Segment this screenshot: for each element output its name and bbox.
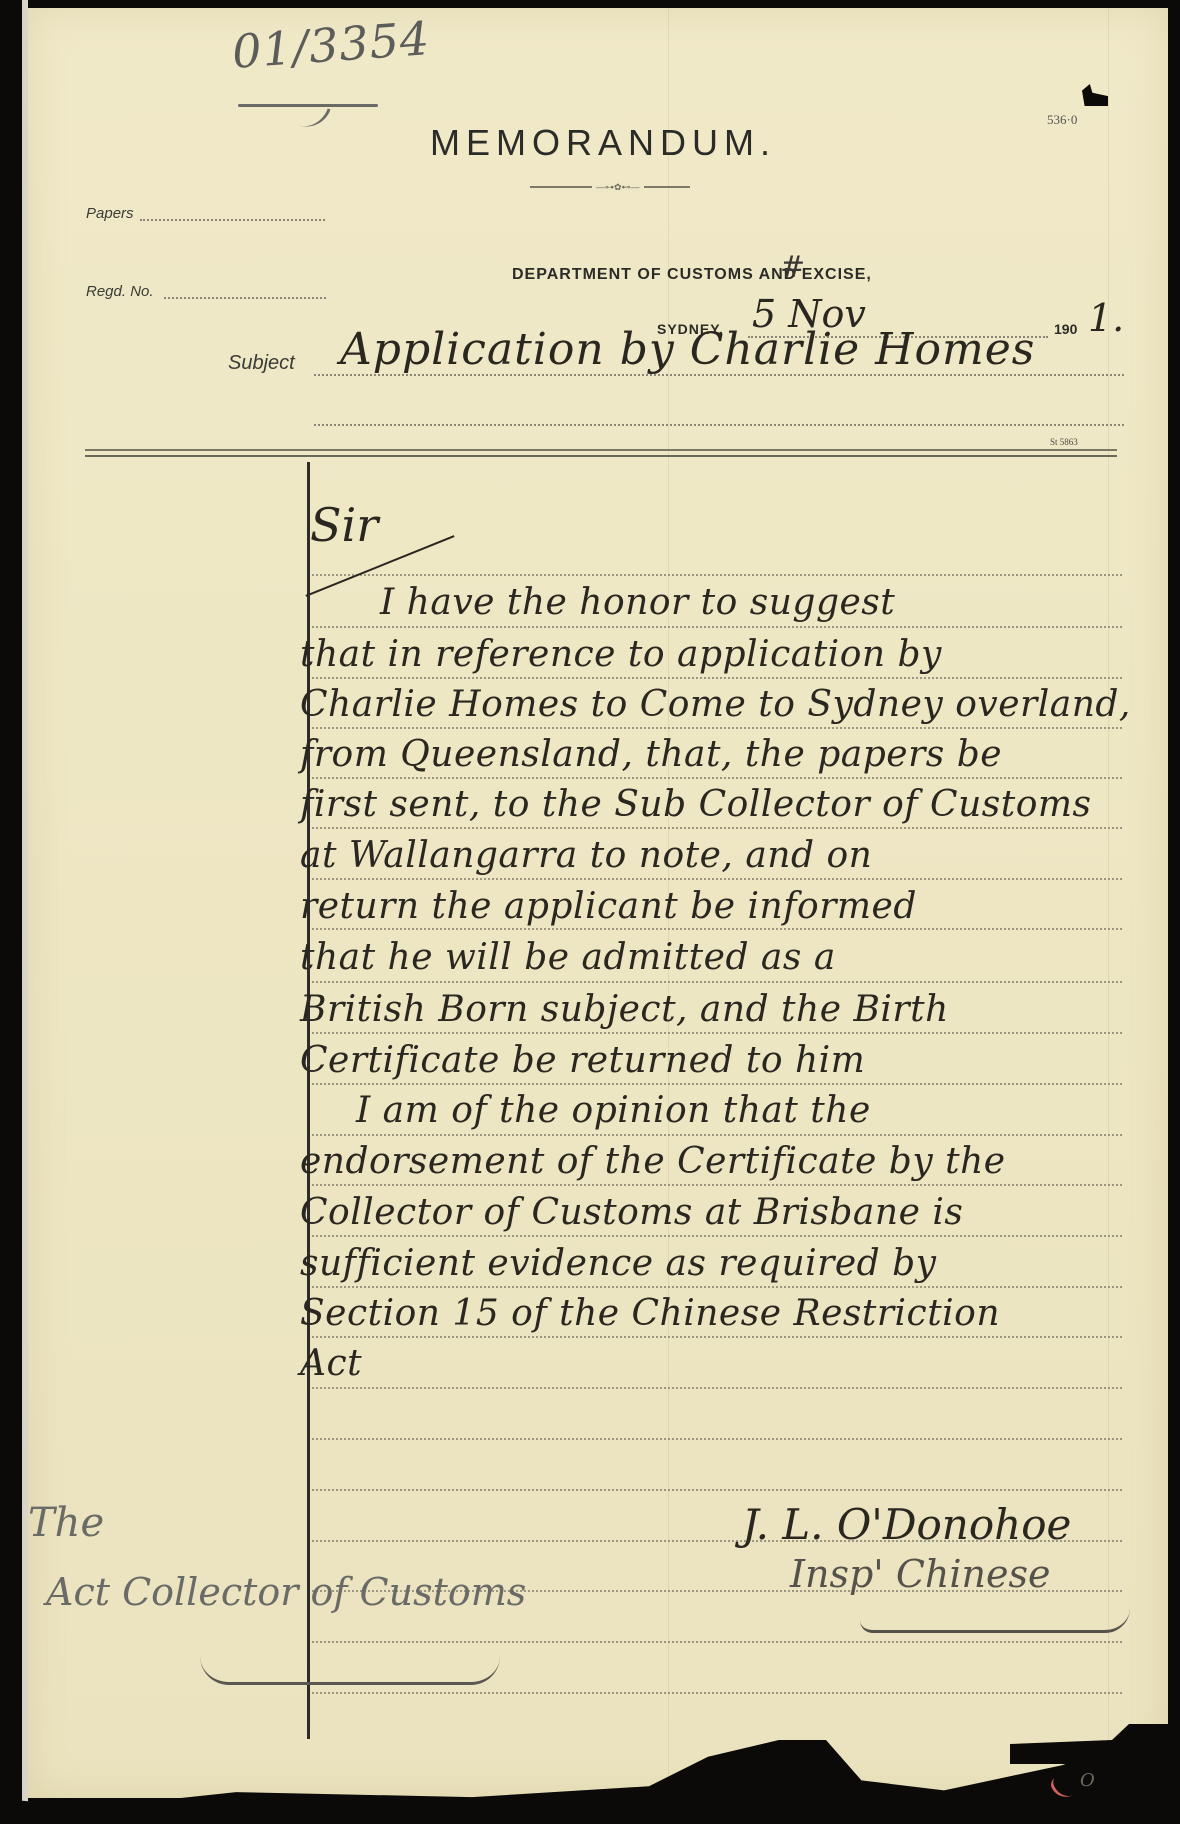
- ruled-line: [312, 777, 1122, 779]
- body-line: Section 15 of the Chinese Restriction: [300, 1293, 1000, 1334]
- addressee-flourish: [200, 1656, 500, 1685]
- ruled-line: [312, 928, 1122, 930]
- body-line: Act: [300, 1343, 362, 1384]
- ruled-line: [312, 1336, 1122, 1338]
- body-line: first sent, to the Sub Collector of Cust…: [300, 784, 1091, 825]
- header-separator: [85, 455, 1117, 457]
- ruled-line: [312, 1641, 1122, 1643]
- header-separator: [85, 449, 1117, 451]
- ruled-line: [312, 878, 1122, 880]
- ruled-line: [312, 1692, 1122, 1694]
- fold-crease: [1108, 8, 1109, 1798]
- body-line: at Wallangarra to note, and on: [300, 835, 872, 876]
- body-line: return the applicant be informed: [300, 886, 917, 927]
- corner-pencil-mark: O: [1080, 1770, 1095, 1791]
- signature: J. L. O'Donohoe: [742, 1500, 1071, 1549]
- title-ornament-icon: —⊶✿⊷—: [592, 182, 644, 193]
- department-correction-mark: #: [780, 250, 805, 285]
- ruled-line: [312, 1134, 1122, 1136]
- body-line: from Queensland, that, the papers be: [300, 734, 1002, 775]
- addressee-line-2: Act Collector of Customs: [46, 1570, 526, 1614]
- ruled-line: [312, 1489, 1122, 1491]
- addressee-line-1: The: [28, 1500, 104, 1546]
- ruled-line: [312, 727, 1122, 729]
- ruled-line: [312, 981, 1122, 983]
- ruled-line: [312, 1235, 1122, 1237]
- ruled-line: [312, 1438, 1122, 1440]
- body-line: that in reference to application by: [300, 634, 942, 675]
- document-title: MEMORANDUM.: [430, 122, 776, 164]
- ruled-line: [312, 626, 1122, 628]
- form-number: 536·0: [1047, 112, 1077, 128]
- papers-field: [140, 219, 325, 221]
- subject-field-line-2: [314, 424, 1124, 426]
- body-line: Charlie Homes to Come to Sydney overland…: [300, 684, 1131, 725]
- body-line: I have the honor to suggest: [380, 582, 895, 623]
- body-line: Collector of Customs at Brisbane is: [300, 1192, 963, 1233]
- ruled-line: [312, 1032, 1122, 1034]
- body-line: sufficient evidence as required by: [300, 1243, 937, 1284]
- stock-number: St 5863: [1050, 437, 1078, 447]
- year-handwritten: 1.: [1088, 296, 1124, 340]
- ruled-line: [312, 1286, 1122, 1288]
- body-line: endorsement of the Certificate by the: [300, 1141, 1006, 1182]
- subject-handwritten: Application by Charlie Homes: [340, 324, 1035, 375]
- subject-label: Subject: [228, 352, 295, 375]
- papers-label: Papers: [86, 205, 134, 222]
- regd-no-field: [164, 297, 326, 299]
- body-line: British Born subject, and the Birth: [300, 989, 949, 1030]
- body-line: Certificate be returned to him: [300, 1040, 865, 1081]
- ruled-line: [312, 677, 1122, 679]
- ruled-line: [312, 827, 1122, 829]
- ruled-line: [312, 574, 1122, 576]
- ruled-line: [312, 1184, 1122, 1186]
- signature-title: Insp' Chinese: [790, 1552, 1051, 1596]
- department-name: DEPARTMENT OF CUSTOMS AND EXCISE,: [512, 266, 872, 284]
- year-printed: 190: [1054, 321, 1077, 337]
- body-line: that he will be admitted as a: [300, 937, 836, 978]
- body-line: I am of the opinion that the: [356, 1090, 871, 1131]
- regd-no-label: Regd. No.: [86, 283, 154, 300]
- ruled-line: [312, 1387, 1122, 1389]
- ruled-line: [312, 1083, 1122, 1085]
- signature-flourish: [860, 1608, 1130, 1633]
- salutation: Sir: [310, 498, 378, 552]
